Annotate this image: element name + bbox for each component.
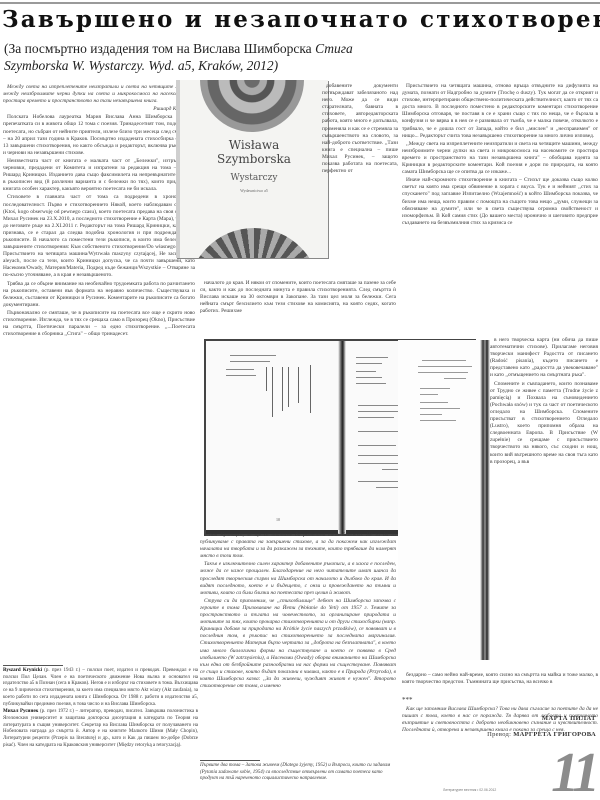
middle-column-top: началото до края. И някои от спомените, … (200, 280, 396, 338)
paragraph: Спомените и съвпадането, които познаваме… (490, 381, 598, 466)
rosette-ornament-top (200, 80, 304, 132)
left-column: Между света на изпреплетените неизпратил… (3, 84, 195, 644)
right-column-continuation: бездарно – само нейно най-време, която с… (402, 672, 598, 694)
paragraph: Стиховете в главната част от тома са под… (3, 194, 195, 279)
epigraph: Между света на изпреплетените неизпратил… (3, 84, 195, 105)
footnote-1: Ryszard Krynicki (р. през 1943 г.) – пол… (3, 668, 198, 708)
right-column: Присъствието на четящата машина, отново … (402, 83, 598, 335)
paragraph: Трябва да се обърне внимание на необичай… (3, 281, 195, 309)
paragraph: ,,Между света на изпреплетените неизпрат… (402, 141, 598, 176)
article-title: Завършено и незапочнато стихотворение (2, 6, 598, 33)
manuscript-detail-image (398, 340, 490, 660)
footnote-rule (3, 665, 63, 666)
section-separator: *** (402, 696, 413, 704)
book-spine (338, 341, 346, 534)
right-column-beside-image: в него творческа карта (ни обича да пише… (490, 337, 598, 672)
paragraph: в него творческа карта (ни обича да пише… (490, 337, 598, 380)
subtitle-text: (За посмъртно издадения том на Вислава Ш… (4, 41, 315, 56)
paragraph: Полската Нобелова лауреатка Мария Вислав… (3, 114, 195, 157)
footnote-2: Михал Русинек (р. през 1972 г.) – литера… (3, 709, 198, 749)
book-publisher: Wydawnictwo a5 (180, 188, 328, 193)
paragraph: началото до края. И някои от спомените, … (200, 280, 396, 315)
book-title: Wystarczy (180, 173, 328, 183)
paragraph: Неизвестната част от книгата е малката ч… (3, 158, 195, 193)
translator-credit: Превод: МАРГРЕТА ГРИГОРОВА (487, 731, 596, 738)
footnotes: Ryszard Krynicki (р. през 1943 г.) – пол… (3, 665, 198, 795)
author-signature: МАРТА ПИЛАТ (542, 715, 596, 722)
paragraph: Присъствието на четящата машина, отново … (402, 83, 598, 140)
book-author: Wisława Szymborska (180, 138, 328, 166)
paragraph: Струва си да припомним, че ,,стихозбилищ… (200, 598, 396, 690)
epigraph-author: Ришард Криницки (3, 106, 195, 113)
rosette-ornament-bottom (188, 228, 320, 258)
subtitle-bibliography: Szymborska W. Wystarczy. Wyd. a5, Kraków… (4, 58, 278, 73)
issue-line: Литературен вестник • 02.06.2012 (443, 788, 496, 792)
page-number: 11 (551, 745, 596, 800)
paragraph: Иначе най-скромното стихотворение в книг… (402, 177, 598, 227)
book-cover-image: Wisława Szymborska Wystarczy Wydawnictwo… (176, 80, 328, 258)
article-subtitle: (За посмъртно издадения том на Вислава Ш… (4, 40, 424, 74)
paragraph: Такъв е изключително силен характер доба… (200, 561, 396, 596)
footnote-rule (200, 760, 260, 761)
paragraph: Първоначално се смяташе, че в ръкописите… (3, 310, 195, 338)
top-rule (0, 2, 600, 4)
paragraph: с пан Криницки, че ще се опитаме да разч… (200, 532, 396, 560)
book-spine (480, 340, 490, 660)
paragraph: добавените документи потвърждават забеля… (322, 83, 398, 175)
subtitle-book-title: Стига (315, 41, 353, 56)
middle-column-bottom: с пан Криницки, че ще се опитаме да разч… (200, 532, 396, 705)
paragraph: бездарно – само нейно най-време, която с… (402, 672, 598, 686)
middle-footnote: Първите два тома – Затова живеем (Dlateg… (200, 760, 396, 798)
